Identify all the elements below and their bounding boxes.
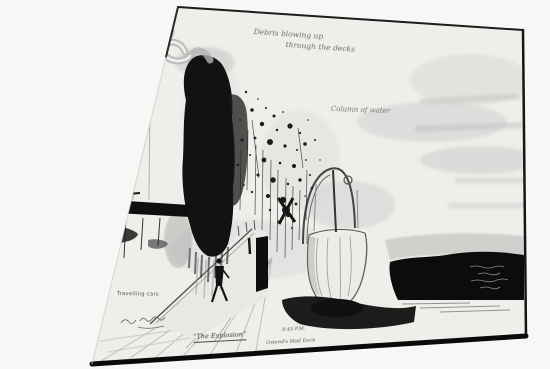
- bollard: [249, 238, 250, 254]
- annotation-travelling-cars: Travelling cars: [117, 291, 159, 298]
- dark-doorway: [256, 236, 268, 292]
- framed-ink-wash-drawing: Debris blowing up through the decks Colu…: [0, 0, 550, 369]
- ink-wash-painting: [0, 0, 550, 369]
- hull-shadow: [311, 299, 363, 317]
- caption-time: 8.45 P.M.: [282, 326, 306, 333]
